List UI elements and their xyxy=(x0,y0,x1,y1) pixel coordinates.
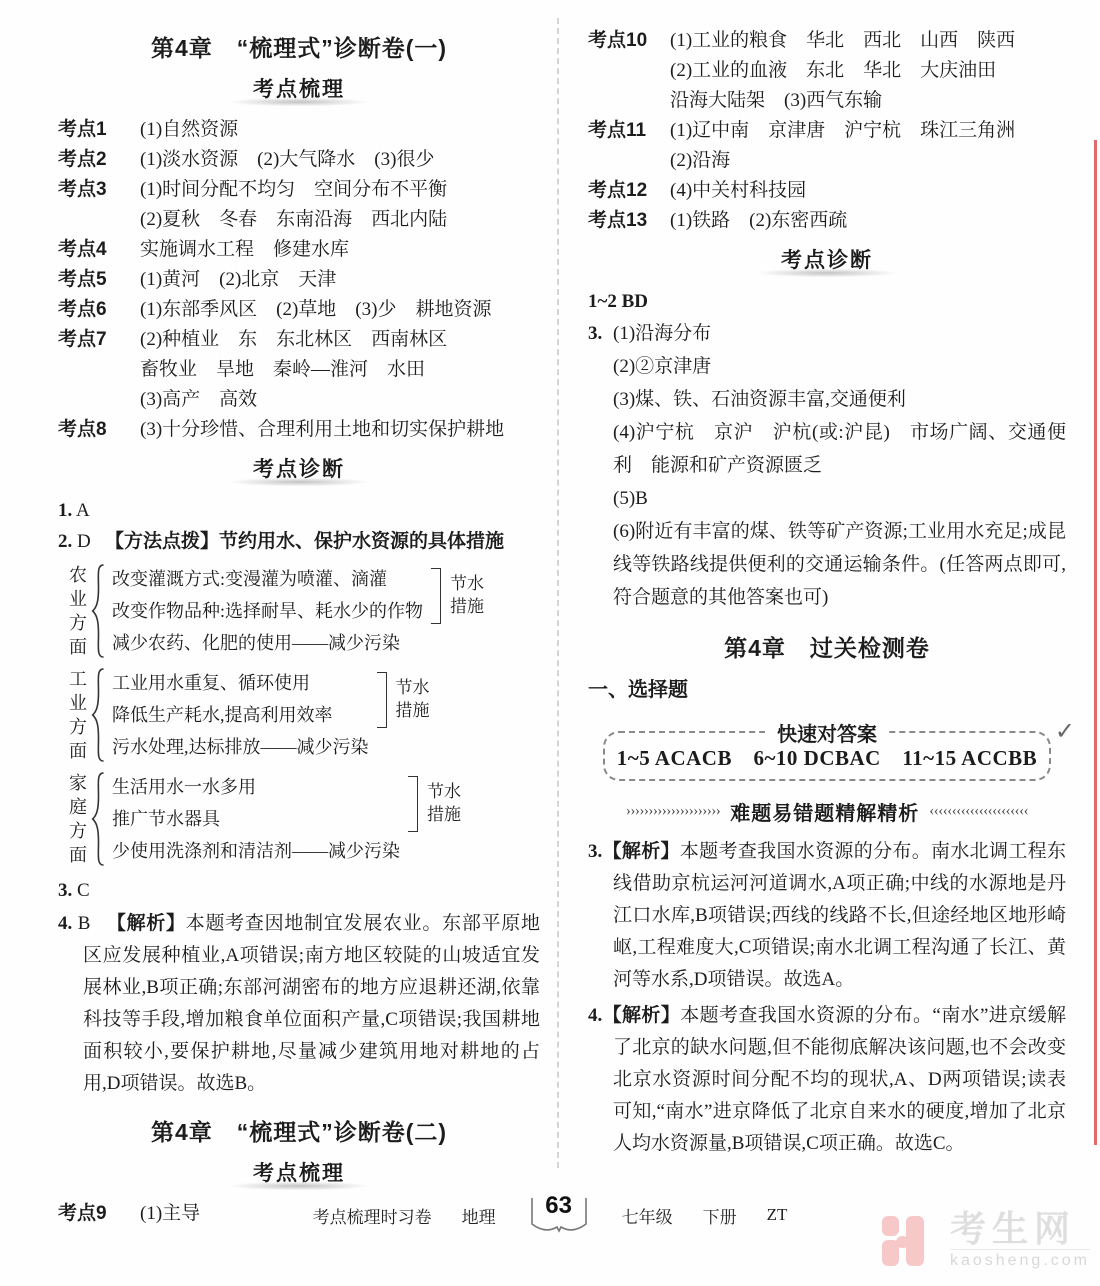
kaodian-label: 考点8 xyxy=(58,415,140,445)
section-head-shuli-2: 考点梳理 xyxy=(58,1157,540,1187)
answer-subpart: (4)沪宁杭 京沪 沪杭(或:沪昆) 市场广阔、交通便利 能源和矿产资源匮乏 xyxy=(613,416,1066,482)
measure-item: 推广节水器具 xyxy=(112,803,400,835)
kaodian-line: (2)沿海 xyxy=(670,146,1066,176)
answer-letter: B xyxy=(78,913,91,934)
answer-subpart: (1)沿海分布 xyxy=(613,317,1066,350)
analysis-tag: 【解析】 xyxy=(602,841,680,862)
kaodian-line: (1)黄河 (2)北京 天津 xyxy=(140,265,540,295)
section-head-zhenduan-1: 考点诊断 xyxy=(58,453,540,483)
answer-number: 2. xyxy=(58,531,72,552)
section-head-shuli-1: 考点梳理 xyxy=(58,73,540,103)
quick-answer-box: 快速对答案 ✓ 1~5 ACACB 6~10 DCBAC 11~15 ACCBB xyxy=(603,731,1051,781)
kaodian-line: (2)种植业 东 东北林区 西南林区 xyxy=(140,325,540,355)
kaodian-label: 考点6 xyxy=(58,295,140,325)
measure-item: 生活用水一水多用 xyxy=(112,771,400,803)
choice-section-head: 一、选择题 xyxy=(588,673,1066,707)
paper2-title: 第4章 “梳理式”诊断卷(二) xyxy=(58,1114,540,1147)
kaodian-line: (1)工业的粮食 华北 西北 山西 陕西 xyxy=(670,26,1066,56)
answer-1: 1. A xyxy=(58,495,540,526)
kaodian-item: 考点12 (4)中关村科技园 xyxy=(588,176,1066,206)
answer-subpart: (2)②京津唐 xyxy=(613,350,1066,383)
section-head-label: 考点诊断 xyxy=(249,453,349,483)
kaodian-item: 考点10 (1)工业的粮食 华北 西北 山西 陕西 (2)工业的血液 东北 华北… xyxy=(588,26,1066,116)
analysis-tag: 【解析】 xyxy=(602,1005,680,1026)
kaodian-line: (2)工业的血液 东北 华北 大庆油田 xyxy=(670,56,1066,86)
hard-questions-title: 难题易错题精解精析 xyxy=(730,797,919,826)
footer-volume: 下册 xyxy=(703,1203,737,1228)
checkmark-icon: ✓ xyxy=(1055,717,1075,746)
answer-2: 2. D 【方法点拨】节约用水、保护水资源的具体措施 xyxy=(58,526,540,557)
kaodian-item: 考点4 实施调水工程 修建水库 xyxy=(58,235,540,265)
analysis-tag: 【解析】 xyxy=(107,913,186,934)
kaodian-line: (1)辽中南 京津唐 沪宁杭 珠江三角洲 xyxy=(670,116,1066,146)
kaodian-line: (1)时间分配不均匀 空间分布不平衡 xyxy=(140,175,540,205)
kaodian-line: (3)十分珍惜、合理利用土地和切实保护耕地 xyxy=(140,415,540,445)
answer-subpart: (3)煤、铁、石油资源丰富,交通便利 xyxy=(613,383,1066,416)
answer-number: 3. xyxy=(588,841,602,862)
kaodian-label: 考点10 xyxy=(588,26,670,56)
measure-group-industry: 工业方面 工业用水重复、循环使用 降低生产耗水,提高利用效率 污水处理,达标排放… xyxy=(68,667,540,763)
kaodian-label: 考点11 xyxy=(588,116,670,146)
kaodian-line: (1)东部季风区 (2)草地 (3)少 耕地资源 xyxy=(140,295,540,325)
kaodian-item: 考点6 (1)东部季风区 (2)草地 (3)少 耕地资源 xyxy=(58,295,540,325)
footer-grade: 七年级 xyxy=(622,1203,673,1228)
kaodian-label: 考点13 xyxy=(588,206,670,236)
kaodian-item: 考点3 (1)时间分配不均匀 空间分布不平衡 (2)夏秋 冬春 东南沿海 西北内… xyxy=(58,175,540,235)
kaodian-item: 考点7 (2)种植业 东 东北林区 西南林区 畜牧业 旱地 秦岭—淮河 水田 (… xyxy=(58,325,540,415)
answer-number: 4. xyxy=(58,913,72,934)
kaodian-line: (1)铁路 (2)东密西疏 xyxy=(670,206,1066,236)
group-side-label: 农业方面 xyxy=(68,563,88,659)
group-side-label: 家庭方面 xyxy=(68,771,88,867)
answer-subpart: (5)B xyxy=(613,482,1066,515)
measure-group-agriculture: 农业方面 改变灌溉方式:变漫灌为喷灌、滴灌 改变作物品种:选择耐旱、耗水少的作物… xyxy=(68,563,540,659)
bracket-label: 节水措施 xyxy=(396,676,436,763)
curly-brace-icon xyxy=(91,771,106,867)
hard-questions-header: ››››››››››››››››››››› 难题易错题精解精析 ‹‹‹‹‹‹‹‹… xyxy=(588,797,1066,826)
right-arrows-icon: ››››››››››››››››››››› xyxy=(626,803,720,820)
page-content: 第4章 “梳理式”诊断卷(一) 考点梳理 考点1 (1)自然资源 考点2 (1)… xyxy=(58,26,1066,1229)
measure-item: 少使用洗涤剂和清洁剂——减少污染 xyxy=(112,835,400,867)
kaodian-line: (3)高产 高效 xyxy=(140,385,540,415)
measure-group-household: 家庭方面 生活用水一水多用 推广节水器具 少使用洗涤剂和清洁剂——减少污染 节水… xyxy=(68,771,540,867)
watermark: 考生网 kaosheng.com xyxy=(882,1209,1090,1270)
kaodian-line: 实施调水工程 修建水库 xyxy=(140,235,540,265)
kaodian-label: 考点12 xyxy=(588,176,670,206)
kaodian-line: (4)中关村科技园 xyxy=(670,176,1066,206)
answer-number: 3. xyxy=(58,880,72,901)
kaodian-label: 考点5 xyxy=(58,265,140,295)
kaodian-item: 考点8 (3)十分珍惜、合理利用土地和切实保护耕地 xyxy=(58,415,540,445)
answer-letter: A xyxy=(76,500,90,521)
footer-code: ZT xyxy=(767,1205,788,1225)
bracket-shape xyxy=(408,776,418,832)
measure-item: 降低生产耗水,提高利用效率 xyxy=(112,699,369,731)
kaodian-item: 考点13 (1)铁路 (2)东密西疏 xyxy=(588,206,1066,236)
measure-item: 改变作物品种:选择耐旱、耗水少的作物 xyxy=(112,595,423,627)
quick-answer-title: 快速对答案 xyxy=(765,718,889,747)
kaodian-label: 考点4 xyxy=(58,235,140,265)
section-head-zhenduan-2: 考点诊断 xyxy=(588,244,1066,274)
curly-brace-icon xyxy=(91,667,106,763)
kaosheng-logo-icon xyxy=(882,1212,938,1268)
left-column: 第4章 “梳理式”诊断卷(一) 考点梳理 考点1 (1)自然资源 考点2 (1)… xyxy=(58,26,540,1229)
curly-brace-icon xyxy=(91,563,106,659)
answer-1-2: 1~2 BD xyxy=(588,286,1066,317)
analysis-text: 本题考查因地制宜发展农业。东部平原地区应发展种植业,A项错误;南方地区较陡的山坡… xyxy=(83,913,540,1094)
footer-series: 考点梳理时习卷 xyxy=(313,1203,432,1228)
kaodian-line: (1)自然资源 xyxy=(140,115,540,145)
footer-subject: 地理 xyxy=(462,1203,496,1228)
answer-4-explanation: 4. B 【解析】本题考查因地制宜发展农业。东部平原地区应发展种植业,A项错误;… xyxy=(58,908,540,1100)
kaodian-label: 考点3 xyxy=(58,175,140,205)
answer-letter: D xyxy=(77,531,91,552)
kaodian-item: 考点5 (1)黄河 (2)北京 天津 xyxy=(58,265,540,295)
page-number-book: 63 xyxy=(526,1192,592,1238)
bracket-shape xyxy=(377,672,387,728)
measure-item: 污水处理,达标排放——减少污染 xyxy=(112,731,369,763)
answer-4-explanation: 4.【解析】本题考查我国水资源的分布。“南水”进京缓解了北京的缺水问题,但不能彻… xyxy=(588,1000,1066,1160)
kaodian-item: 考点11 (1)辽中南 京津唐 沪宁杭 珠江三角洲 (2)沿海 xyxy=(588,116,1066,176)
kaodian-label: 考点2 xyxy=(58,145,140,175)
bracket-label: 节水措施 xyxy=(427,780,467,867)
method-tip-tag: 【方法点拨】 xyxy=(105,531,219,552)
method-tip-text: 节约用水、保护水资源的具体措施 xyxy=(219,531,504,552)
analysis-text: 本题考查我国水资源的分布。“南水”进京缓解了北京的缺水问题,但不能彻底解决该问题… xyxy=(613,1005,1066,1154)
answer-number: 1. xyxy=(58,500,72,521)
answer-subpart: (6)附近有丰富的煤、铁等矿产资源;工业用水充足;成昆线等铁路线提供便利的交通运… xyxy=(613,515,1066,614)
watermark-domain: kaosheng.com xyxy=(950,1249,1090,1270)
measure-item: 减少农药、化肥的使用——减少污染 xyxy=(112,627,423,659)
kaodian-item: 考点1 (1)自然资源 xyxy=(58,115,540,145)
measure-item: 工业用水重复、循环使用 xyxy=(112,667,369,699)
analysis-text: 本题考查我国水资源的分布。南水北调工程东线借助京杭运河河道调水,A项正确;中线的… xyxy=(613,841,1066,990)
left-arrows-icon: ‹‹‹‹‹‹‹‹‹‹‹‹‹‹‹‹‹‹‹‹‹‹ xyxy=(929,803,1028,820)
group-side-label: 工业方面 xyxy=(68,667,88,763)
section-head-label: 考点梳理 xyxy=(249,1157,349,1187)
paper3-title: 第4章 过关检测卷 xyxy=(588,630,1066,663)
answer-3-parts: 3. (1)沿海分布 (2)②京津唐 (3)煤、铁、石油资源丰富,交通便利 (4… xyxy=(588,317,1066,614)
answer-3-explanation: 3.【解析】本题考查我国水资源的分布。南水北调工程东线借助京杭运河河道调水,A项… xyxy=(588,836,1066,996)
kaodian-label: 考点1 xyxy=(58,115,140,145)
page-edge-red-line xyxy=(1094,140,1097,1145)
bracket-label: 节水措施 xyxy=(450,572,490,659)
section-head-label: 考点诊断 xyxy=(777,244,877,274)
page-number: 63 xyxy=(526,1192,592,1220)
kaodian-label: 考点7 xyxy=(58,325,140,355)
answer-number: 4. xyxy=(588,1005,602,1026)
kaodian-item: 考点2 (1)淡水资源 (2)大气降水 (3)很少 xyxy=(58,145,540,175)
right-column: 考点10 (1)工业的粮食 华北 西北 山西 陕西 (2)工业的血液 东北 华北… xyxy=(588,26,1066,1229)
paper1-title: 第4章 “梳理式”诊断卷(一) xyxy=(58,30,540,63)
section-head-label: 考点梳理 xyxy=(249,73,349,103)
kaodian-line: (2)夏秋 冬春 东南沿海 西北内陆 xyxy=(140,205,540,235)
kaodian-line: (1)淡水资源 (2)大气降水 (3)很少 xyxy=(140,145,540,175)
answer-3: 3. C xyxy=(58,875,540,906)
answer-number: 3. xyxy=(588,317,613,614)
answer-letter: C xyxy=(77,880,90,901)
kaodian-line: 沿海大陆架 (3)西气东输 xyxy=(670,86,1066,116)
watermark-brand: 考生网 xyxy=(950,1209,1090,1249)
bracket-shape xyxy=(431,568,441,624)
measure-item: 改变灌溉方式:变漫灌为喷灌、滴灌 xyxy=(112,563,423,595)
kaodian-line: 畜牧业 旱地 秦岭—淮河 水田 xyxy=(140,355,540,385)
